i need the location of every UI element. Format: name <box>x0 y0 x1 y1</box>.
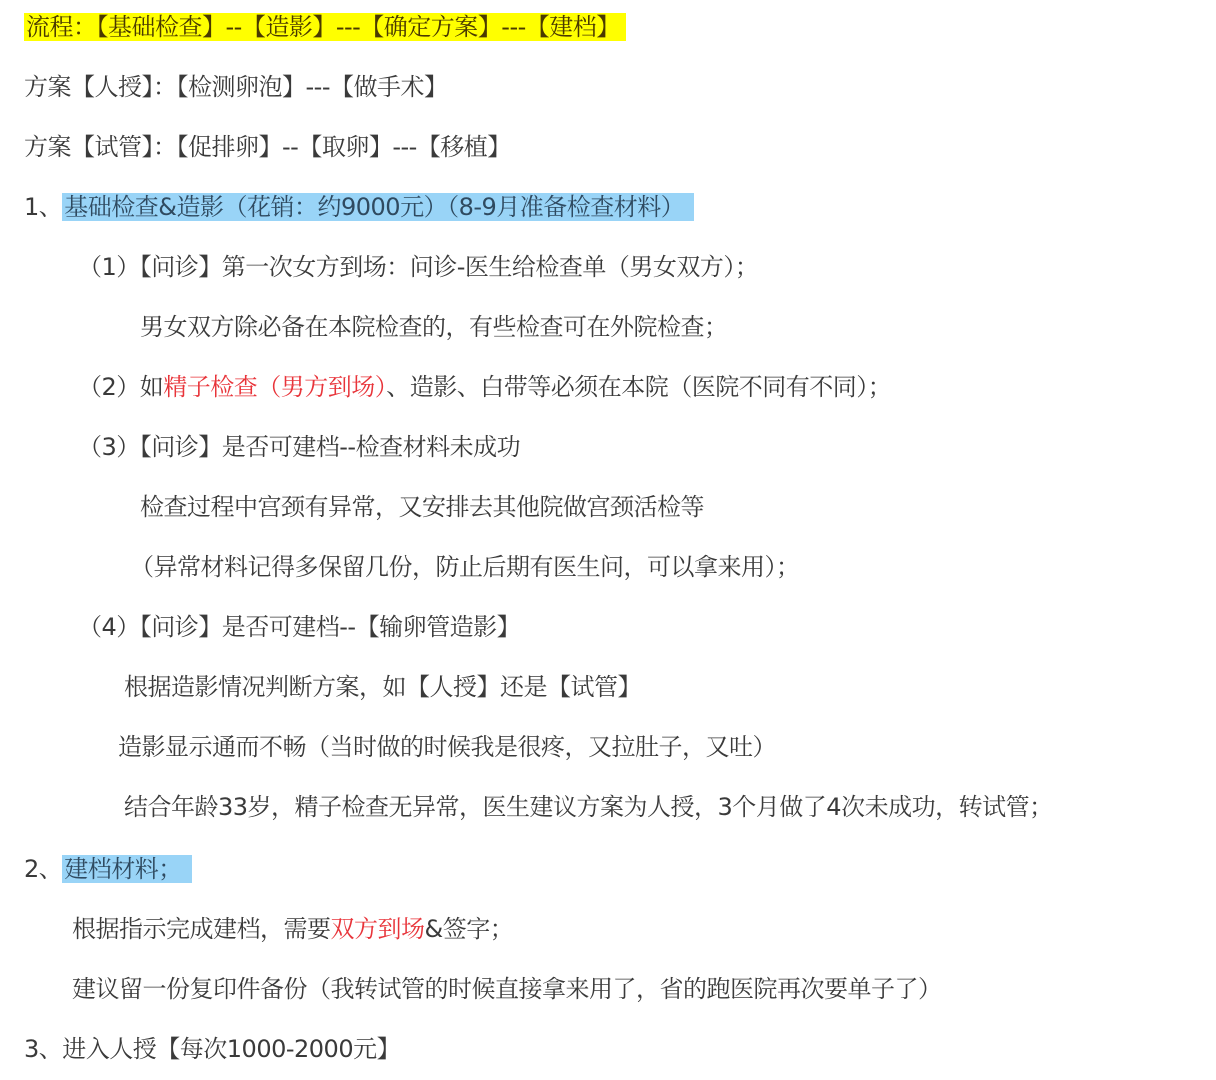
section3-heading: 3、进入人授【每次1000-2000元】 <box>24 1031 400 1067</box>
section1-item1: （1）【问诊】第一次女方到场：问诊-医生给检查单（男女双方）； <box>78 249 758 285</box>
section1-title: 基础检查&造影（花销：约9000元）（8-9月准备检查材料） <box>62 193 694 221</box>
section1-item4-note1: 根据造影情况判断方案，如【人授】还是【试管】 <box>124 669 641 705</box>
section2-title: 建档材料； <box>62 855 192 883</box>
section1-item4-note3: 结合年龄33岁，精子检查无异常，医生建议方案为人授，3个月做了4次未成功，转试管… <box>124 789 1053 825</box>
item3-text: （3）【问诊】是否可建档--检查材料未成功 <box>78 433 520 461</box>
section1-heading: 1、基础检查&造影（花销：约9000元）（8-9月准备检查材料） <box>24 189 694 225</box>
section1-item1-note: 男女双方除必备在本院检查的，有些检查可在外院检查； <box>140 309 728 345</box>
section3-title: 进入人授【每次1000-2000元】 <box>62 1035 400 1063</box>
section1-item4: （4）【问诊】是否可建档--【输卵管造影】 <box>78 609 520 645</box>
section2-heading: 2、建档材料； <box>24 851 192 887</box>
item1-text: （1）【问诊】第一次女方到场：问诊-医生给检查单（男女双方）； <box>78 253 758 281</box>
plan-ai-steps: 【检测卵泡】---【做手术】 <box>177 73 448 101</box>
section1-item3: （3）【问诊】是否可建档--检查材料未成功 <box>78 429 520 465</box>
flow-text: 流程：【基础检查】--【造影】---【确定方案】---【建档】 <box>24 13 626 41</box>
section2-note1-suffix: &签字； <box>425 915 514 943</box>
plan-ivf-steps: 【促排卵】--【取卵】---【移植】 <box>177 133 511 161</box>
item4-note3: 结合年龄33岁，精子检查无异常，医生建议方案为人授，3个月做了4次未成功，转试管… <box>124 793 1053 821</box>
section1-item3-note1: 检查过程中宫颈有异常，又安排去其他院做宫颈活检等 <box>140 489 704 525</box>
section3-number: 3、 <box>24 1035 62 1063</box>
section1-item2: （2）如精子检查（男方到场）、造影、白带等必须在本院（医院不同有不同）； <box>78 369 891 405</box>
section2-note2: 建议留一份复印件备份（我转试管的时候直接拿来用了，省的跑医院再次要单子了） <box>72 971 942 1007</box>
item2-red-text: 精子检查（男方到场） <box>163 373 386 401</box>
plan-ai-label: 方案【人授】： <box>24 73 177 101</box>
section2-note2-text: 建议留一份复印件备份（我转试管的时候直接拿来用了，省的跑医院再次要单子了） <box>72 975 942 1003</box>
plan-ai-line: 方案【人授】：【检测卵泡】---【做手术】 <box>24 69 447 105</box>
section1-number: 1、 <box>24 193 62 221</box>
item4-text: （4）【问诊】是否可建档--【输卵管造影】 <box>78 613 520 641</box>
item3-note1: 检查过程中宫颈有异常，又安排去其他院做宫颈活检等 <box>140 493 704 521</box>
section2-note1: 根据指示完成建档，需要双方到场&签字； <box>72 911 513 947</box>
item4-note1: 根据造影情况判断方案，如【人授】还是【试管】 <box>124 673 641 701</box>
section2-note1-prefix: 根据指示完成建档，需要 <box>72 915 331 943</box>
item2-prefix: （2）如 <box>78 373 163 401</box>
section1-item3-note2: （异常材料记得多保留几份，防止后期有医生问，可以拿来用）； <box>130 549 800 585</box>
item1-note: 男女双方除必备在本院检查的，有些检查可在外院检查； <box>140 313 728 341</box>
section2-number: 2、 <box>24 855 62 883</box>
plan-ivf-label: 方案【试管】： <box>24 133 177 161</box>
item2-suffix: 、造影、白带等必须在本院（医院不同有不同）； <box>386 373 891 401</box>
section2-note1-red: 双方到场 <box>331 915 425 943</box>
flow-line: 流程：【基础检查】--【造影】---【确定方案】---【建档】 <box>24 9 626 45</box>
plan-ivf-line: 方案【试管】：【促排卵】--【取卵】---【移植】 <box>24 129 511 165</box>
item4-note2: 造影显示通而不畅（当时做的时候我是很疼，又拉肚子，又吐） <box>118 733 776 761</box>
section1-item4-note2: 造影显示通而不畅（当时做的时候我是很疼，又拉肚子，又吐） <box>118 729 776 765</box>
item3-note2: （异常材料记得多保留几份，防止后期有医生问，可以拿来用）； <box>130 553 800 581</box>
